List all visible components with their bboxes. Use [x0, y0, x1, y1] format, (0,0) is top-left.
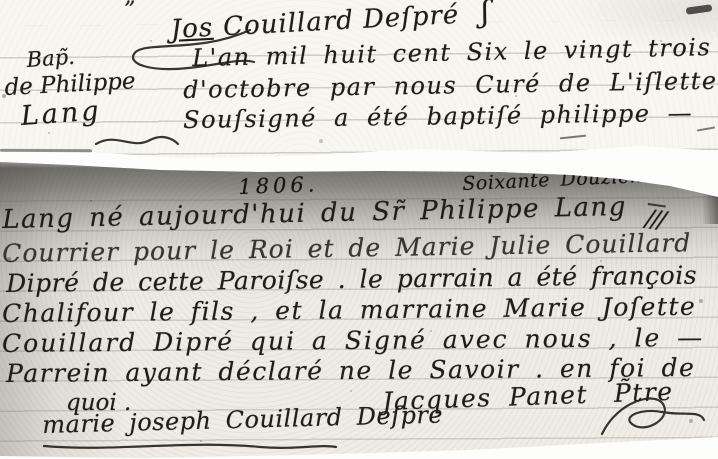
- entry-top-line-1: L'an mil huit cent Six le vingt trois: [192, 35, 711, 70]
- margin-note-de-philippe: de Philippe: [4, 70, 136, 100]
- entry-bottom-line-4: Chalifour le fils , et la marraine Marie…: [2, 294, 696, 326]
- header-name: Couillard Deſpré: [222, 0, 460, 42]
- stray-dash-mark: [697, 126, 715, 131]
- signature-underline-flourish: [40, 438, 340, 452]
- entry-top-line-3: Souſsigné a été baptiſé philippe —: [183, 101, 693, 132]
- signature-priest-title: P̃tre: [613, 377, 674, 408]
- header-abbrev: Jos: [170, 13, 214, 45]
- scan-shadow-streak: [702, 172, 718, 224]
- scanned-baptism-record: ” JosCouillard Deſpréʃ Bap̃. de Philippe…: [0, 0, 718, 459]
- margin-note-bap: Bap̃.: [26, 47, 75, 71]
- year-heading: 1806.: [238, 174, 319, 198]
- folio-heading: Soixante Douzieme feuille: [462, 163, 718, 194]
- signature-priest-name: Jacques Panet: [382, 380, 589, 416]
- margin-flourish: [92, 130, 182, 152]
- entry-top-line-2: d'octobre par nous Curé de L'iſlette: [183, 69, 718, 102]
- header-paraph-mark: ʃ: [480, 0, 491, 30]
- entry-bottom-line-3: Dipré de cette Paroiſse . le parrain a é…: [6, 263, 697, 296]
- margin-note-lang: Lang: [20, 97, 102, 130]
- ink-blot: [686, 4, 713, 15]
- stray-tick-mark: ”: [124, 0, 135, 22]
- entry-bottom-line-5: Couillard Dipré qui a Signé avec nous , …: [2, 325, 704, 356]
- tear-shadow-line: [0, 149, 92, 153]
- header-inscription: JosCouillard Deſpréʃ: [170, 0, 491, 44]
- entry-bottom-line-1: Lang né aujourd'hui du Sr̃ Philippe Lang: [2, 194, 627, 233]
- stray-dash-mark: [560, 135, 586, 140]
- entry-bottom-line-2: Courrier pour le Roi et de Marie Julie C…: [2, 230, 691, 266]
